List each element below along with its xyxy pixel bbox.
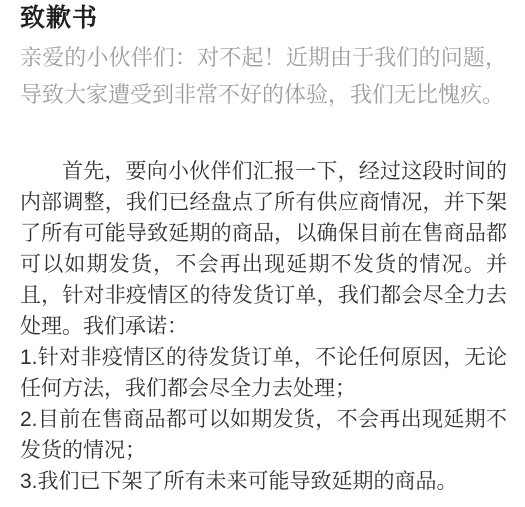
promise-item-1: 1.针对非疫情区的待发货订单，不论任何原因，无论任何方法，我们都会尽全力去处理； (20, 342, 507, 404)
promise-item-2: 2.目前在售商品都可以如期发货，不会再出现延期不发货的情况； (20, 404, 507, 466)
greeting-text: 亲爱的小伙伴们：对不起！近期由于我们的问题，导致大家遭受到非常不好的体验，我们无… (20, 39, 507, 113)
intro-paragraph: 首先，要向小伙伴们汇报一下，经过这段时间的内部调整，我们已经盘点了所有供应商情况… (20, 156, 507, 342)
page-title: 致歉书 (20, 1, 507, 35)
promise-item-3: 3.我们已下架了所有未来可能导致延期的商品。 (20, 466, 507, 497)
letter-body: 首先，要向小伙伴们汇报一下，经过这段时间的内部调整，我们已经盘点了所有供应商情况… (20, 156, 507, 497)
apology-letter-page: 致歉书 亲爱的小伙伴们：对不起！近期由于我们的问题，导致大家遭受到非常不好的体验… (0, 0, 525, 507)
